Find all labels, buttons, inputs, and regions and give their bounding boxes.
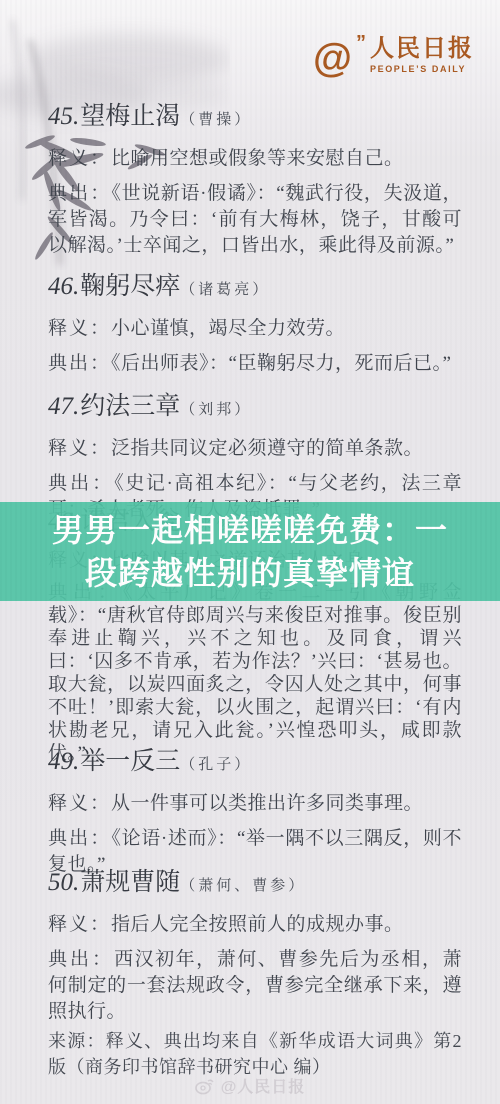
entry-attribution: （刘邦） bbox=[180, 402, 252, 418]
entry-number: 49. bbox=[48, 748, 79, 775]
weibo-icon bbox=[195, 1077, 215, 1095]
source-text: 《太平广记》卷一二一引《朝野佥载》：“唐秋官侍郎周兴与来俊臣对推事。俊臣别奉进止… bbox=[48, 582, 462, 764]
source-label: 典出： bbox=[48, 353, 111, 374]
entry-attribution: （曹操） bbox=[180, 112, 252, 128]
definition-text: 比喻用空想或假象等来安慰自己。 bbox=[111, 148, 404, 169]
entry-attribution: （诸葛亮） bbox=[180, 282, 270, 298]
entry-heading: 50.萧规曹随（萧何、曹参） bbox=[48, 866, 462, 903]
definition-paragraph: 释义：小心谨慎，竭尽全力效劳。 bbox=[48, 316, 462, 342]
idiom-entry-46: 46.鞠躬尽瘁（诸葛亮） 释义：小心谨慎，竭尽全力效劳。 典出：《后出师表》：“… bbox=[48, 270, 462, 386]
source-label: 典出： bbox=[48, 183, 111, 204]
entry-attribution: （孔子） bbox=[180, 757, 252, 773]
logo-title: 人民日报 bbox=[370, 36, 474, 62]
definition-label: 释义： bbox=[48, 914, 111, 935]
entry-idiom: 举一反三 bbox=[80, 748, 180, 775]
entry-idiom: 约法三章 bbox=[80, 393, 180, 420]
entry-number: 46. bbox=[48, 273, 79, 300]
source-text: 《后出师表》：“臣鞠躬尽力，死而后已。” bbox=[111, 353, 451, 374]
source-label: 典出： bbox=[48, 473, 114, 494]
poster-page: @ ” 人民日报 PEOPLE’S DAILY 45.望梅止渴（曹操） 释义：比… bbox=[0, 0, 500, 1104]
entry-idiom: 萧规曹随 bbox=[80, 869, 180, 896]
entry-heading: 46.鞠躬尽瘁（诸葛亮） bbox=[48, 270, 462, 307]
definition-label: 释义： bbox=[48, 318, 111, 339]
definition-text: 指后人完全按照前人的成规办事。 bbox=[111, 914, 404, 935]
overlay-text-line1: 男男一起相嗟嗟嗟免费：一 bbox=[52, 509, 448, 552]
entry-heading: 49.举一反三（孔子） bbox=[48, 745, 462, 782]
entry-number: 47. bbox=[48, 393, 79, 420]
source-paragraph: 典出：《后出师表》：“臣鞠躬尽力，死而后已。” bbox=[48, 351, 462, 377]
entry-idiom: 鞠躬尽瘁 bbox=[80, 273, 180, 300]
definition-paragraph: 释义：比喻用空想或假象等来安慰自己。 bbox=[48, 146, 462, 172]
source-label: 典出： bbox=[48, 828, 111, 849]
idiom-entry-45: 45.望梅止渴（曹操） 释义：比喻用空想或假象等来安慰自己。 典出：《世说新语·… bbox=[48, 100, 462, 268]
source-paragraph: 典出：西汉初年，萧何、曹参先后为丞相，萧何制定的一套法规政令，曹参完全继承下来，… bbox=[48, 947, 462, 1025]
entry-heading: 47.约法三章（刘邦） bbox=[48, 390, 462, 427]
overlay-banner: 男男一起相嗟嗟嗟免费：一 段跨越性别的真挚情谊 bbox=[0, 502, 500, 601]
definition-label: 释义： bbox=[48, 148, 111, 169]
definition-paragraph: 释义：泛指共同议定必须遵守的简单条款。 bbox=[48, 436, 462, 462]
idiom-entry-50: 50.萧规曹随（萧何、曹参） 释义：指后人完全按照前人的成规办事。 典出：西汉初… bbox=[48, 866, 462, 1034]
definition-text: 小心谨慎，竭尽全力效劳。 bbox=[111, 318, 345, 339]
overlay-text-line2: 段跨越性别的真挚情谊 bbox=[85, 552, 415, 595]
at-symbol-icon: @ bbox=[313, 38, 352, 78]
definition-text: 泛指共同议定必须遵守的简单条款。 bbox=[111, 438, 423, 459]
source-paragraph: 典出：《世说新语·假谲》：“魏武行役，失汲道，军皆渴。乃令曰：‘前有大梅林，饶子… bbox=[48, 181, 462, 259]
peoples-daily-logo: @ ” 人民日报 PEOPLE’S DAILY bbox=[313, 36, 474, 76]
source-text: 《世说新语·假谲》：“魏武行役，失汲道，军皆渴。乃令曰：‘前有大梅林，饶子，甘酸… bbox=[48, 183, 462, 256]
watermark-text: @人民日报 bbox=[221, 1074, 306, 1097]
quote-mark-icon: ” bbox=[356, 36, 366, 50]
definition-label: 释义： bbox=[48, 438, 111, 459]
entry-number: 45. bbox=[48, 103, 79, 130]
entry-number: 50. bbox=[48, 869, 79, 896]
definition-paragraph: 释义：指后人完全按照前人的成规办事。 bbox=[48, 912, 462, 938]
definition-text: 从一件事可以类推出许多同类事理。 bbox=[111, 793, 423, 814]
entry-idiom: 望梅止渴 bbox=[80, 103, 180, 130]
source-label: 典出： bbox=[48, 949, 114, 970]
source-note: 来源：释义、典出均来自《新华成语大词典》第2版（商务印书馆辞书研究中心 编） bbox=[48, 1028, 462, 1080]
entry-heading: 45.望梅止渴（曹操） bbox=[48, 100, 462, 137]
definition-label: 释义： bbox=[48, 793, 111, 814]
watermark: @人民日报 bbox=[0, 1074, 500, 1097]
definition-paragraph: 释义：从一件事可以类推出许多同类事理。 bbox=[48, 791, 462, 817]
source-paragraph: 典出：《太平广记》卷一二一引《朝野佥载》：“唐秋官侍郎周兴与来俊臣对推事。俊臣别… bbox=[48, 581, 462, 765]
logo-subtitle: PEOPLE’S DAILY bbox=[370, 64, 474, 74]
entry-attribution: （萧何、曹参） bbox=[180, 878, 306, 894]
